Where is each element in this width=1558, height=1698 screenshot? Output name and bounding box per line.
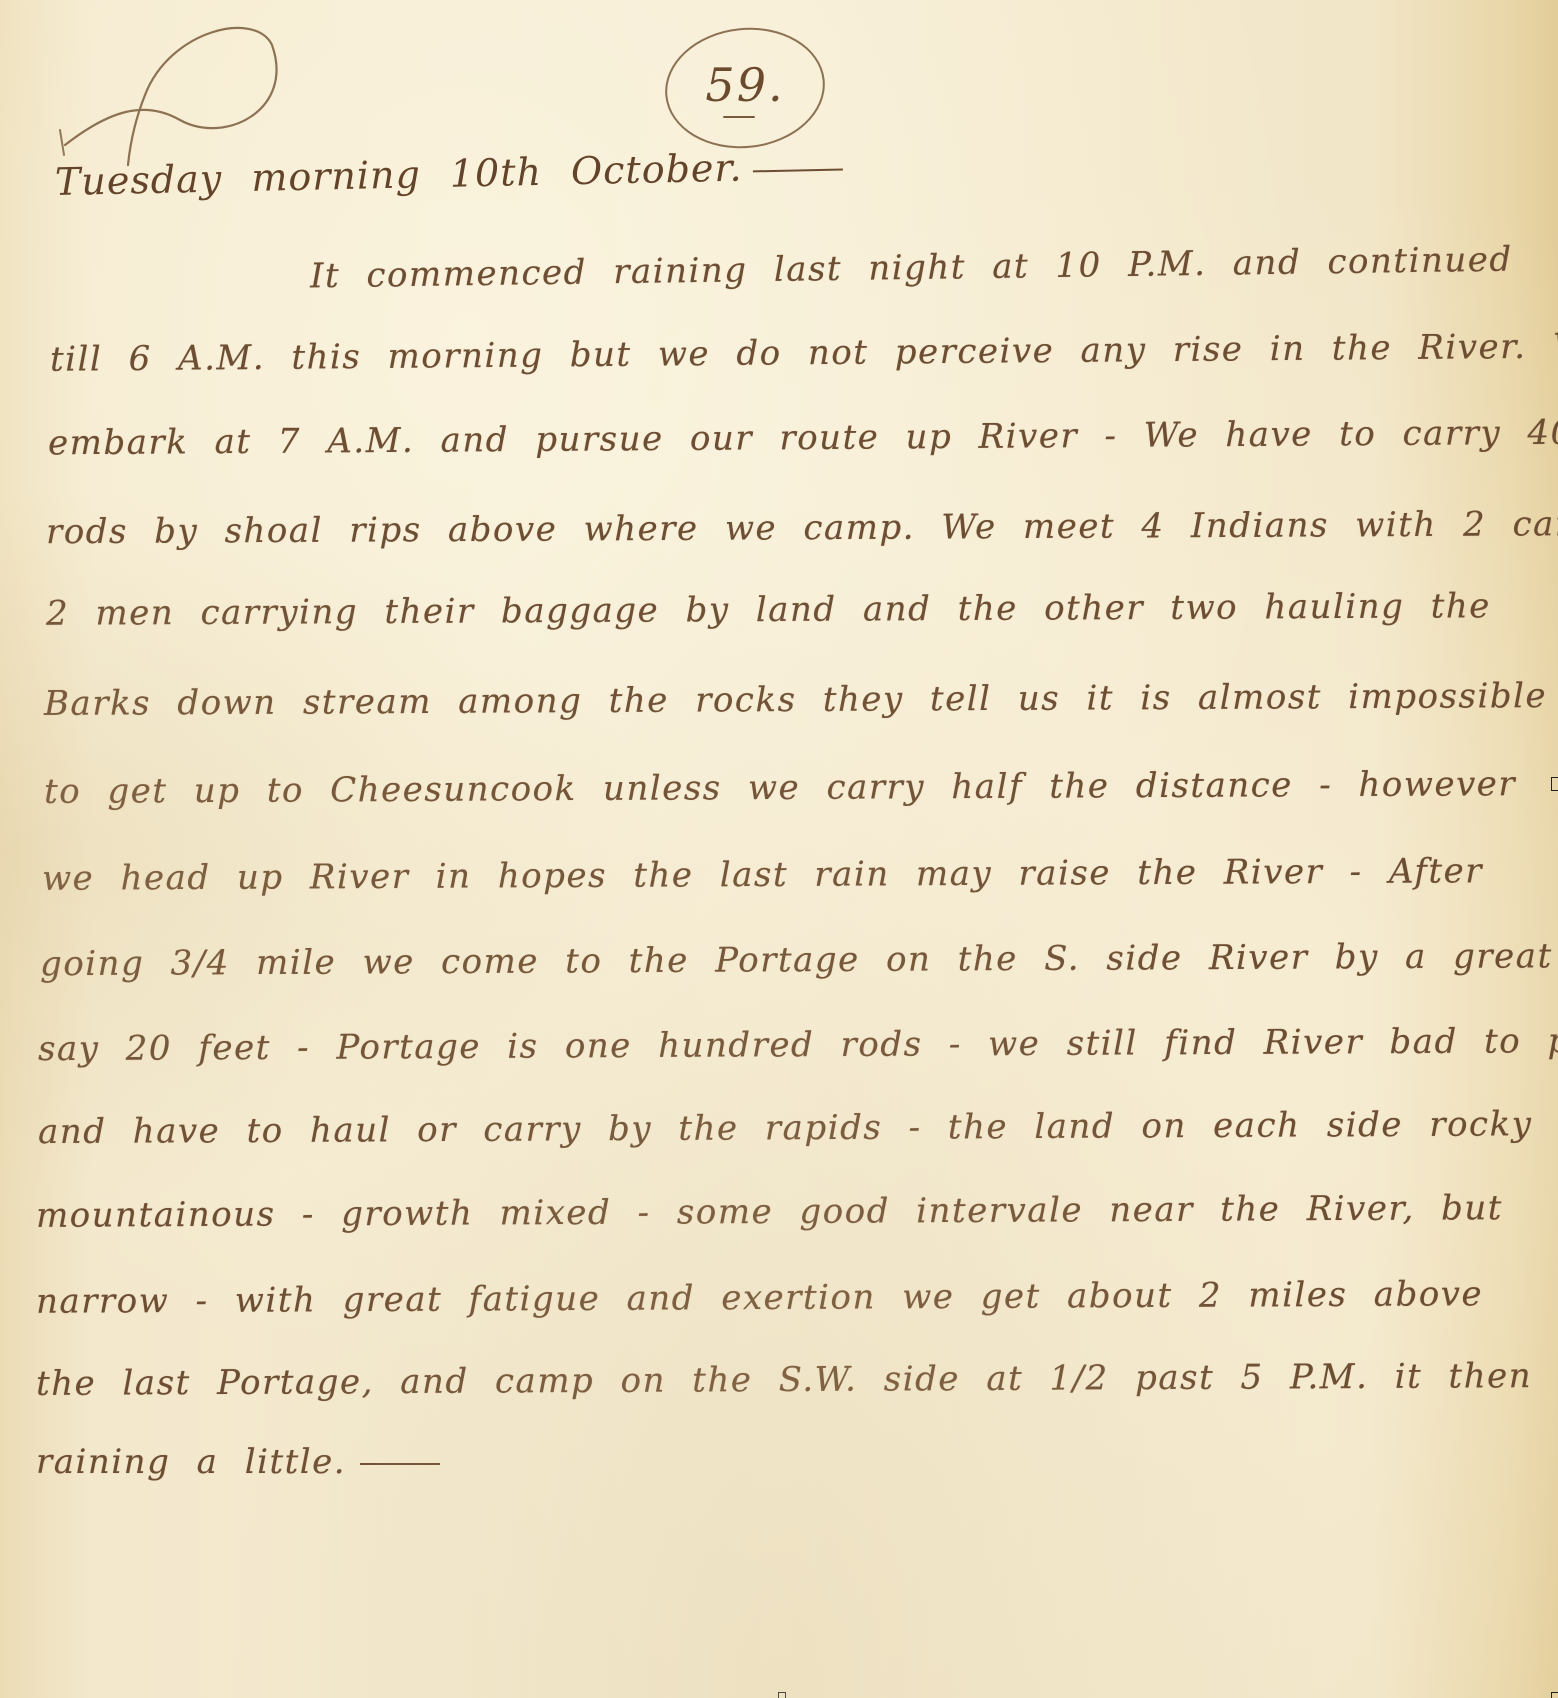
entry-line: to get up to Cheesuncook unless we carry… [44, 764, 1516, 812]
entry-line: we head up River in hopes the last rain … [42, 851, 1483, 899]
entry-line: the last Portage, and camp on the S.W. s… [36, 1356, 1532, 1404]
entry-line: and have to haul or carry by the rapids … [38, 1104, 1558, 1152]
scan-edge-marker [1551, 777, 1558, 791]
entry-heading: Tuesday morning 10th October. [55, 144, 843, 204]
entry-line: going 3/4 mile we come to the Portage on… [40, 936, 1558, 984]
entry-line: 2 men carrying their baggage by land and… [46, 586, 1491, 634]
entry-line-final: raining a little. [36, 1442, 440, 1482]
entry-line: embark at 7 A.M. and pursue our route up… [48, 413, 1558, 464]
entry-closing-text: raining a little. [36, 1442, 346, 1482]
closing-dash [360, 1463, 440, 1465]
entry-line: mountainous - growth mixed - some good i… [36, 1188, 1503, 1236]
entry-line: rods by shoal rips above where we camp. … [46, 504, 1558, 552]
entry-line: narrow - with great fatigue and exertion… [36, 1274, 1483, 1322]
manuscript-page: 59. Tuesday morning 10th October. It com… [0, 0, 1558, 1698]
scan-edge-marker [1551, 1692, 1558, 1698]
entry-line: It commenced raining last night at 10 P.… [310, 240, 1513, 297]
entry-line: say 20 feet - Portage is one hundred rod… [38, 1021, 1558, 1069]
entry-line: Barks down stream among the rocks they t… [44, 676, 1547, 724]
scan-edge-marker [778, 1692, 786, 1698]
entry-line: till 6 A.M. this morning but we do not p… [50, 326, 1558, 380]
journal-entry: Tuesday morning 10th October. It commenc… [0, 0, 1558, 1698]
entry-date: Tuesday morning 10th October. [55, 146, 743, 204]
heading-dash [752, 168, 842, 172]
